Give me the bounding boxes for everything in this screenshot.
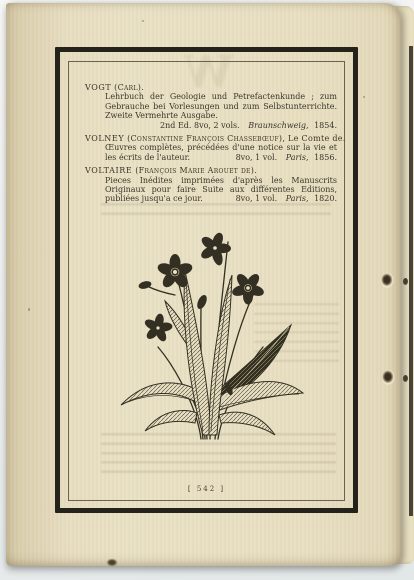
foxing-speck — [28, 308, 30, 311]
bibliography-entry-voltaire: VOLTAIRE (François Marie Arouet de). Pie… — [85, 166, 337, 204]
entry-body-wrap: Œuvres complètes, précédées d'une notice… — [105, 143, 337, 162]
imprint-edition: 2nd Ed. 8vo, 2 vols. — [160, 121, 240, 130]
author-name: VOLNEY — [85, 134, 124, 143]
author-forename: (Carl). — [114, 83, 144, 92]
imprint-edition: 8vo, 1 vol. — [236, 194, 278, 203]
violet-bouquet-illustration — [105, 205, 331, 446]
imprint-place: Braunschweig, — [248, 121, 308, 130]
entry-body-wrap: Lehrbuch der Geologie und Petrefactenkun… — [105, 92, 337, 130]
entry-imprint: 8vo, 1 vol. Paris, 1820. — [236, 194, 337, 203]
book-page: W VOGT (Carl). Lehrbuch der Geologie und… — [6, 3, 401, 566]
author-forename: (François Marie Arouet de). — [135, 166, 257, 175]
photographed-book-page: W VOGT (Carl). Lehrbuch der Geologie und… — [0, 0, 414, 580]
page-number: [ 542 ] — [68, 485, 345, 493]
ink-stain — [107, 559, 117, 566]
author-name: VOLTAIRE — [85, 166, 132, 175]
imprint-place: Paris, — [286, 153, 309, 162]
entry-title-text: Lehrbuch der Geologie und Petrefactenkun… — [105, 92, 337, 120]
next-page-border-rule — [409, 46, 413, 516]
entry-author-line: VOLNEY (Constantine François Chassebœuf)… — [85, 134, 337, 143]
binding-hole-underpage-bottom — [403, 375, 408, 382]
imprint-edition: 8vo, 1 vol. — [236, 153, 278, 162]
binding-hole-underpage-top — [403, 278, 408, 285]
author-title: Le Comte de. — [285, 134, 345, 143]
entry-author-line: VOGT (Carl). — [85, 83, 337, 92]
foxing-speck — [142, 20, 144, 22]
imprint-year: 1820. — [314, 194, 337, 203]
imprint-year: 1854. — [314, 121, 337, 130]
binding-hole-top — [381, 273, 394, 288]
imprint-year: 1856. — [314, 153, 337, 162]
imprint-place: Paris, — [286, 194, 309, 203]
foxing-speck — [363, 96, 365, 98]
entry-author-line: VOLTAIRE (François Marie Arouet de). — [85, 166, 337, 175]
entry-imprint: 2nd Ed. 8vo, 2 vols. Braunschweig, 1854. — [105, 121, 337, 130]
binding-hole-bottom — [382, 370, 395, 385]
entry-imprint: 8vo, 1 vol. Paris, 1856. — [236, 153, 337, 162]
bibliography-text-column: VOGT (Carl). Lehrbuch der Geologie und P… — [85, 83, 337, 208]
bibliography-entry-vogt: VOGT (Carl). Lehrbuch der Geologie und P… — [85, 83, 337, 130]
author-forename: (Constantine François Chassebœuf), — [127, 134, 285, 143]
bibliography-entry-volney: VOLNEY (Constantine François Chassebœuf)… — [85, 134, 337, 162]
author-name: VOGT — [85, 83, 111, 92]
entry-body-wrap: Pieces Inédites imprimées d'après les Ma… — [105, 176, 337, 204]
